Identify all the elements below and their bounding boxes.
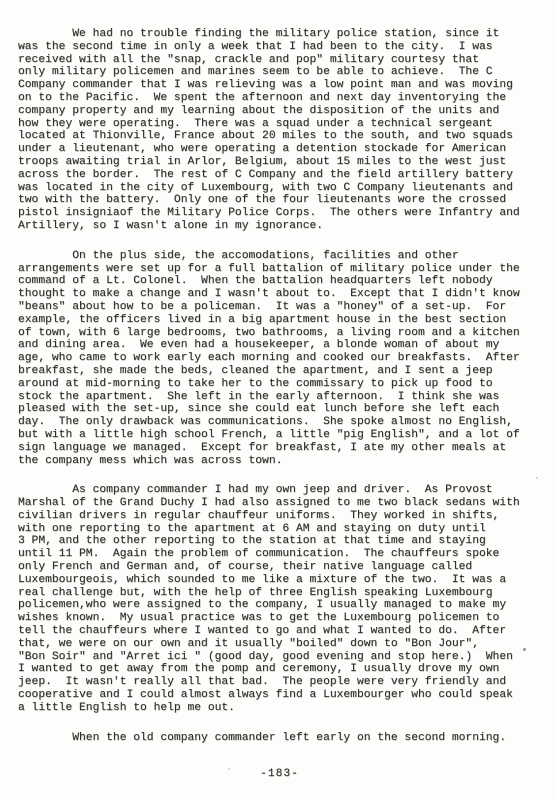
scan-speckle — [523, 648, 526, 651]
page-number: -183- — [18, 768, 541, 781]
paragraph-3: As company commander I had my own jeep a… — [18, 484, 541, 714]
scan-speckle — [276, 57, 278, 59]
scan-speckle — [228, 768, 230, 770]
paragraph-4: When the old company commander left earl… — [18, 732, 541, 745]
paragraph-1: We had no trouble finding the military p… — [18, 28, 541, 233]
paragraph-2: On the plus side, the accomodations, fac… — [18, 250, 541, 468]
scan-speckle — [536, 477, 538, 479]
document-page: We had no trouble finding the military p… — [0, 0, 557, 800]
